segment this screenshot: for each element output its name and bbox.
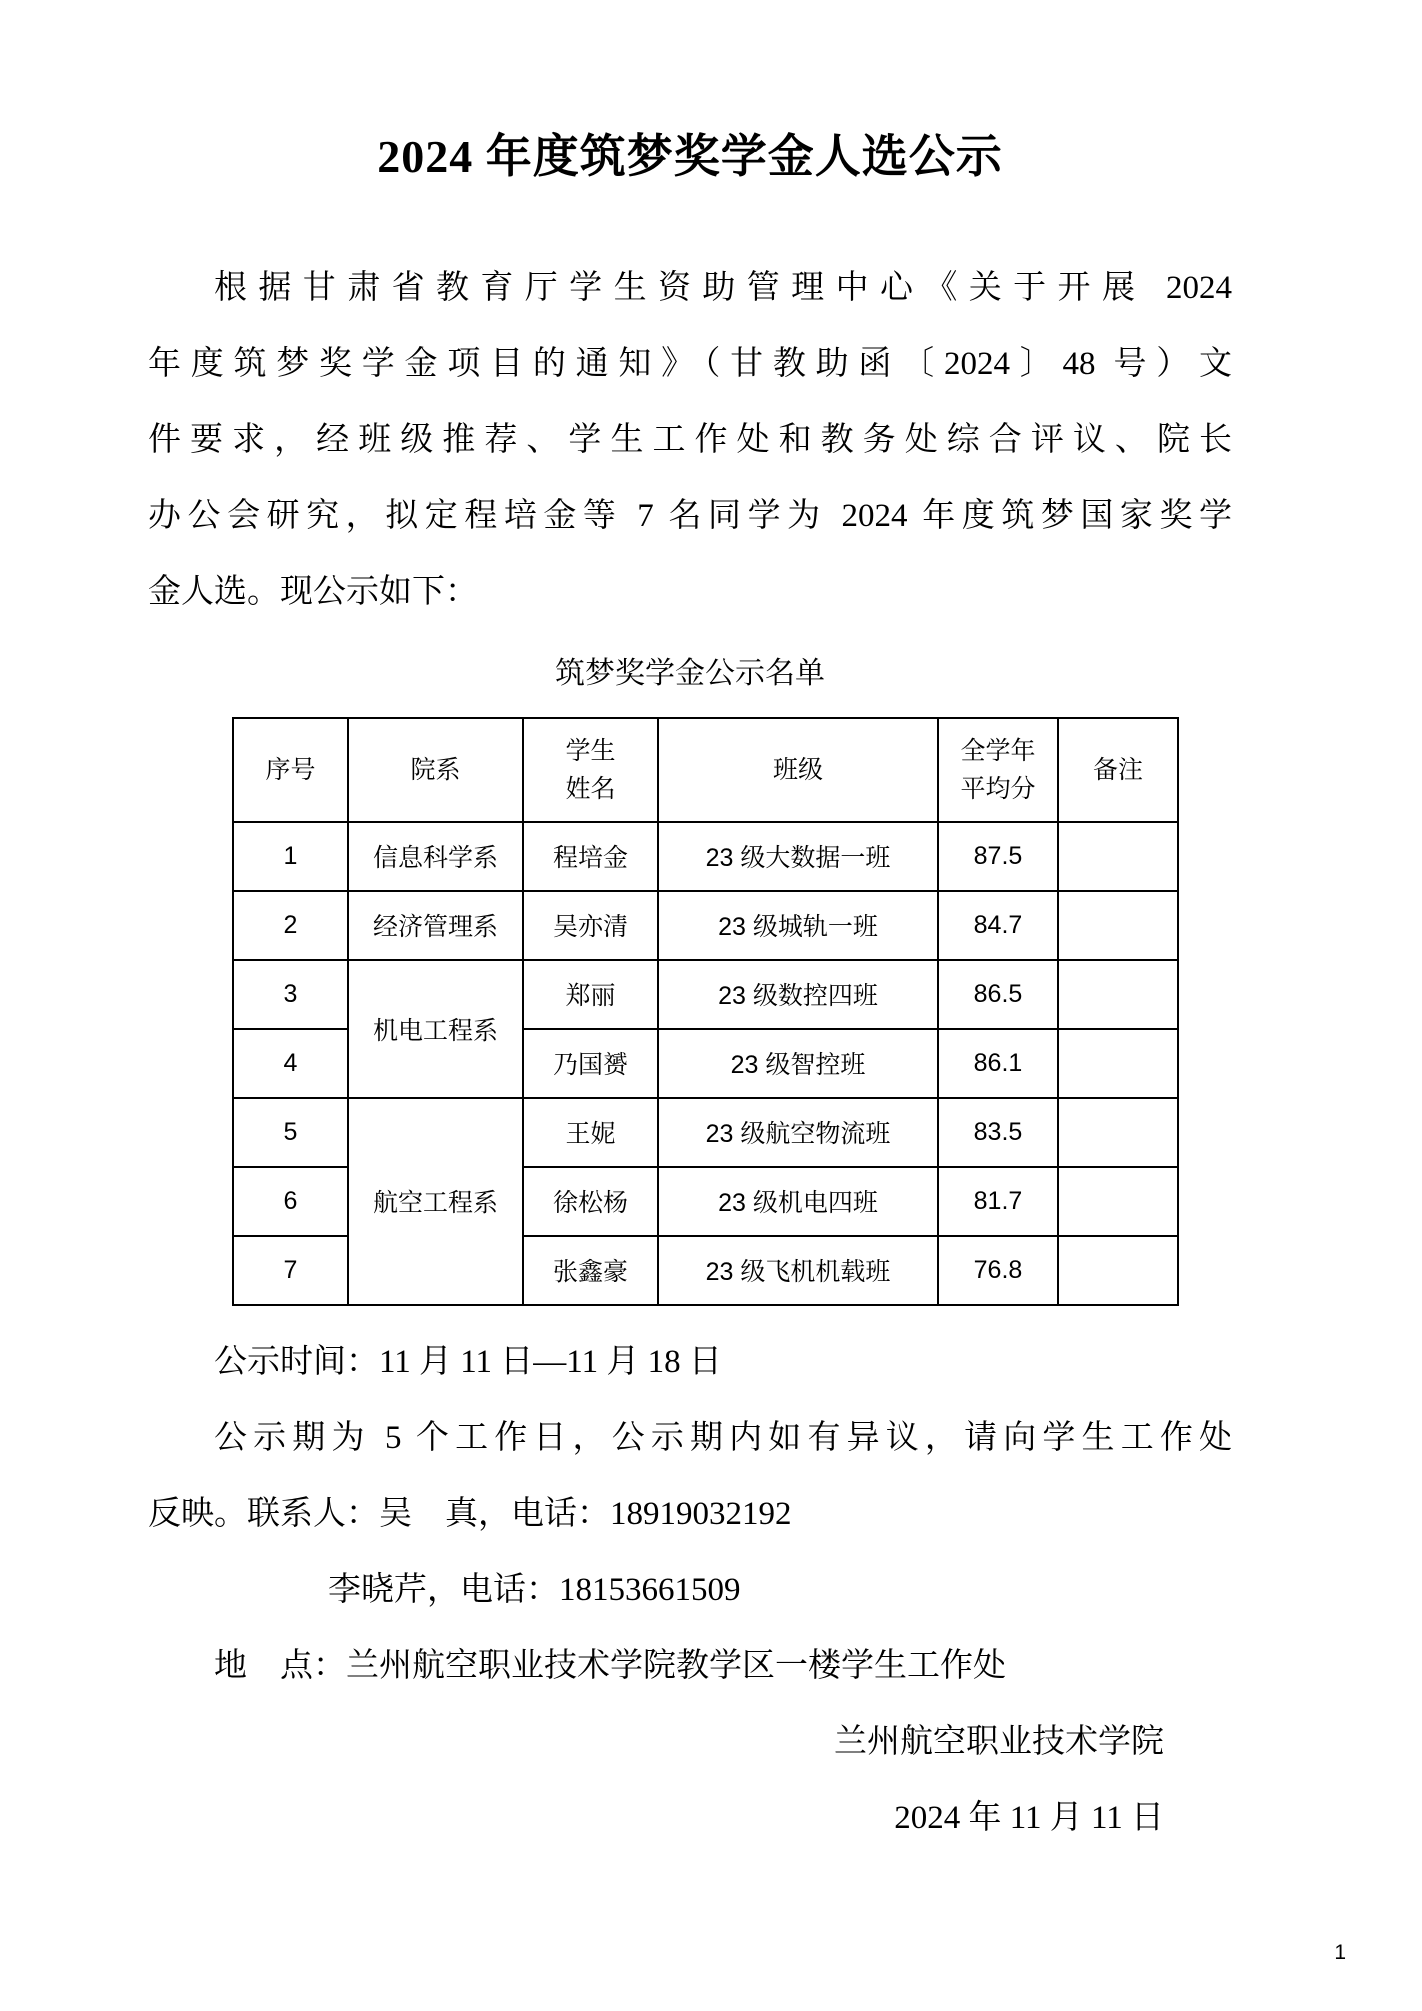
cell-class: 23 级机电四班 bbox=[658, 1167, 938, 1236]
table-row: 3机电工程系郑丽23 级数控四班86.5 bbox=[233, 960, 1178, 1029]
cell-student-name: 张鑫豪 bbox=[523, 1236, 658, 1305]
cell-serial-number: 7 bbox=[233, 1236, 348, 1305]
cell-average-score: 81.7 bbox=[938, 1167, 1058, 1236]
cell-class: 23 级数控四班 bbox=[658, 960, 938, 1029]
intro-line-3: 件要求，经班级推荐、学生工作处和教务处综合评议、院长 bbox=[148, 402, 1232, 478]
cell-average-score: 86.1 bbox=[938, 1029, 1058, 1098]
contact-line-1: 反映。联系人：吴 真，电话：18919032192 bbox=[148, 1476, 1232, 1552]
table-row: 2经济管理系吴亦清23 级城轨一班84.7 bbox=[233, 891, 1178, 960]
cell-class: 23 级飞机机载班 bbox=[658, 1236, 938, 1305]
intro-line-1: 根据甘肃省教育厅学生资助管理中心《关于开展 2024 bbox=[148, 250, 1232, 326]
cell-student-name: 徐松杨 bbox=[523, 1167, 658, 1236]
cell-note bbox=[1058, 891, 1178, 960]
publicity-time-line: 公示时间：11 月 11 日—11 月 18 日 bbox=[148, 1324, 1232, 1400]
table-header-cell: 全学年 平均分 bbox=[938, 718, 1058, 822]
table-row: 1信息科学系程培金23 级大数据一班87.5 bbox=[233, 822, 1178, 891]
cell-class: 23 级城轨一班 bbox=[658, 891, 938, 960]
cell-average-score: 83.5 bbox=[938, 1098, 1058, 1167]
cell-note bbox=[1058, 822, 1178, 891]
document-title: 2024 年度筑梦奖学金人选公示 bbox=[148, 0, 1232, 186]
cell-student-name: 郑丽 bbox=[523, 960, 658, 1029]
cell-average-score: 86.5 bbox=[938, 960, 1058, 1029]
cell-student-name: 王妮 bbox=[523, 1098, 658, 1167]
cell-note bbox=[1058, 1236, 1178, 1305]
cell-note bbox=[1058, 1167, 1178, 1236]
issuer-name: 兰州航空职业技术学院 bbox=[148, 1704, 1232, 1780]
cell-note bbox=[1058, 1098, 1178, 1167]
intro-paragraph: 根据甘肃省教育厅学生资助管理中心《关于开展 2024 年度筑梦奖学金项目的通知》… bbox=[148, 250, 1232, 630]
table-header-row: 序号院系学生 姓名班级全学年 平均分备注 bbox=[233, 718, 1178, 822]
cell-serial-number: 3 bbox=[233, 960, 348, 1029]
publicity-period-line: 公示期为 5 个工作日，公示期内如有异议，请向学生工作处 bbox=[148, 1400, 1232, 1476]
intro-line-2: 年度筑梦奖学金项目的通知》（甘教助函〔2024〕48 号）文 bbox=[148, 326, 1232, 402]
cell-serial-number: 5 bbox=[233, 1098, 348, 1167]
cell-class: 23 级航空物流班 bbox=[658, 1098, 938, 1167]
issue-date: 2024 年 11 月 11 日 bbox=[148, 1780, 1232, 1856]
cell-class: 23 级智控班 bbox=[658, 1029, 938, 1098]
cell-class: 23 级大数据一班 bbox=[658, 822, 938, 891]
table-header-cell: 备注 bbox=[1058, 718, 1178, 822]
cell-average-score: 87.5 bbox=[938, 822, 1058, 891]
document-content: 2024 年度筑梦奖学金人选公示 根据甘肃省教育厅学生资助管理中心《关于开展 2… bbox=[0, 0, 1422, 1856]
cell-serial-number: 4 bbox=[233, 1029, 348, 1098]
cell-serial-number: 2 bbox=[233, 891, 348, 960]
cell-student-name: 程培金 bbox=[523, 822, 658, 891]
page-number: 1 bbox=[1334, 1941, 1346, 1965]
table-row: 5航空工程系王妮23 级航空物流班83.5 bbox=[233, 1098, 1178, 1167]
table-header-cell: 序号 bbox=[233, 718, 348, 822]
table-caption: 筑梦奖学金公示名单 bbox=[148, 652, 1232, 695]
location-line: 地 点：兰州航空职业技术学院教学区一楼学生工作处 bbox=[148, 1628, 1232, 1704]
document-page: 2024 年度筑梦奖学金人选公示 根据甘肃省教育厅学生资助管理中心《关于开展 2… bbox=[0, 0, 1422, 2011]
cell-department: 信息科学系 bbox=[348, 822, 523, 891]
cell-average-score: 76.8 bbox=[938, 1236, 1058, 1305]
cell-note bbox=[1058, 960, 1178, 1029]
cell-department: 经济管理系 bbox=[348, 891, 523, 960]
cell-serial-number: 6 bbox=[233, 1167, 348, 1236]
cell-department: 航空工程系 bbox=[348, 1098, 523, 1305]
cell-average-score: 84.7 bbox=[938, 891, 1058, 960]
cell-serial-number: 1 bbox=[233, 822, 348, 891]
table-header-cell: 学生 姓名 bbox=[523, 718, 658, 822]
cell-student-name: 乃国赟 bbox=[523, 1029, 658, 1098]
intro-line-4: 办公会研究，拟定程培金等 7 名同学为 2024 年度筑梦国家奖学 bbox=[148, 478, 1232, 554]
cell-department: 机电工程系 bbox=[348, 960, 523, 1098]
table-header-cell: 院系 bbox=[348, 718, 523, 822]
footer-section: 公示时间：11 月 11 日—11 月 18 日 公示期为 5 个工作日，公示期… bbox=[148, 1324, 1232, 1856]
table-header-cell: 班级 bbox=[658, 718, 938, 822]
intro-line-5: 金人选。现公示如下： bbox=[148, 554, 1232, 630]
scholarship-table: 序号院系学生 姓名班级全学年 平均分备注 1信息科学系程培金23 级大数据一班8… bbox=[232, 717, 1179, 1306]
cell-student-name: 吴亦清 bbox=[523, 891, 658, 960]
contact-line-2: 李晓芹，电话：18153661509 bbox=[148, 1552, 1232, 1628]
cell-note bbox=[1058, 1029, 1178, 1098]
